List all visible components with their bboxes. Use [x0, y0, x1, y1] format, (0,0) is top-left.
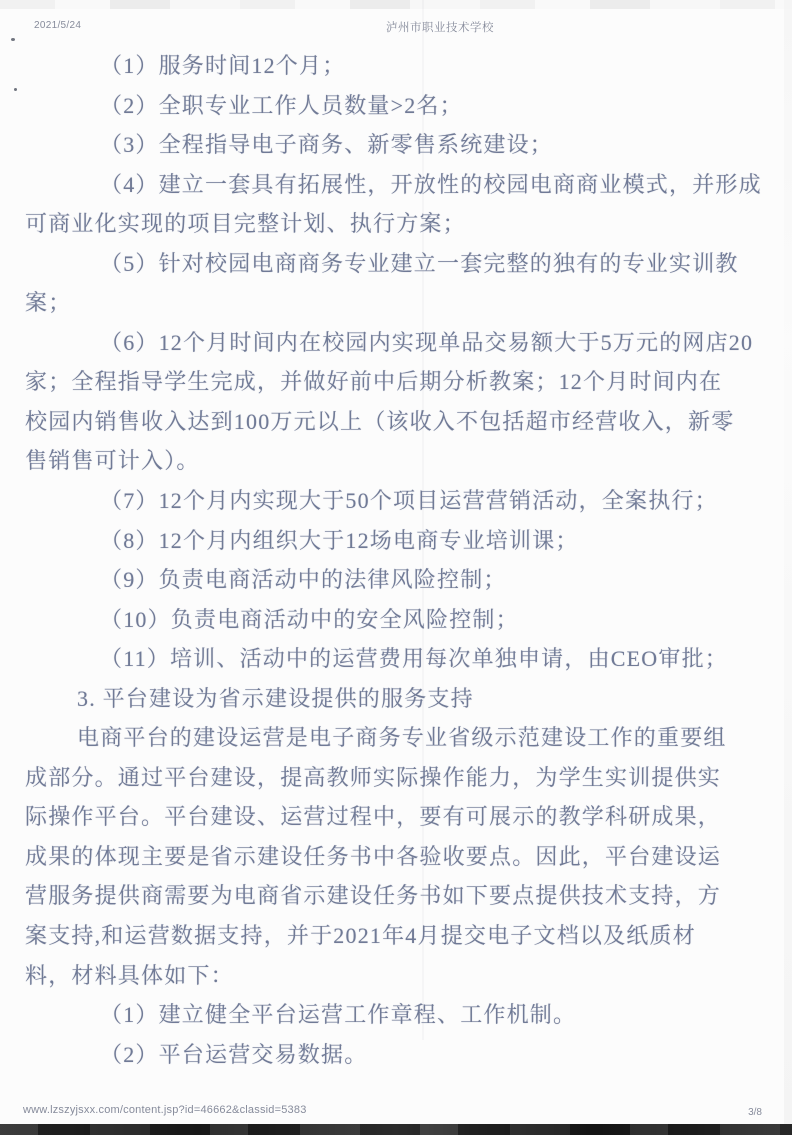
text-line: （4）建立一套具有拓展性，开放性的校园电商商业模式，并形成 — [100, 165, 755, 205]
text-line: （2）平台运营交易数据。 — [100, 1035, 755, 1075]
text-line: （5）针对校园电商商务专业建立一套完整的独有的专业实训教 — [100, 244, 755, 284]
scan-edge-top — [0, 0, 792, 9]
ink-speck — [14, 88, 17, 91]
header-school-name: 泸州市职业技术学校 — [386, 19, 494, 35]
scanned-document-page: 2021/5/24 泸州市职业技术学校 （1）服务时间12个月；（2）全职专业工… — [0, 0, 792, 1135]
text-line: 成果的体现主要是省示建设任务书中各验收要点。因此，平台建设运 — [25, 837, 755, 877]
text-line: 家；全程指导学生完成，并做好前中后期分析教案；12个月时间内在 — [25, 362, 755, 402]
text-line: 料，材料具体如下： — [25, 956, 755, 996]
scan-edge-bottom-bar — [0, 1124, 792, 1135]
text-line: （2）全职专业工作人员数量>2名； — [100, 86, 755, 126]
document-body-text: （1）服务时间12个月；（2）全职专业工作人员数量>2名；（3）全程指导电子商务… — [25, 46, 755, 1074]
text-line: 成部分。通过平台建设，提高教师实际操作能力，为学生实训提供实 — [25, 758, 755, 798]
text-line: 可商业化实现的项目完整计划、执行方案； — [25, 204, 755, 244]
text-line: 际操作平台。平台建设、运营过程中，要有可展示的教学科研成果， — [25, 797, 755, 837]
text-line: 电商平台的建设运营是电子商务专业省级示范建设工作的重要组 — [77, 718, 755, 758]
footer-page-number: 3/8 — [748, 1107, 762, 1118]
ink-speck — [11, 38, 15, 41]
header-date: 2021/5/24 — [34, 20, 81, 31]
text-line: （1）服务时间12个月； — [100, 46, 755, 86]
text-line: 案； — [25, 283, 755, 323]
text-line: （1）建立健全平台运营工作章程、工作机制。 — [100, 995, 755, 1035]
text-line: （11）培训、活动中的运营费用每次单独申请，由CEO审批； — [100, 639, 755, 679]
text-line: （6）12个月时间内在校园内实现单品交易额大于5万元的网店20 — [100, 323, 755, 363]
scan-edge-right — [784, 0, 792, 1135]
text-line: 营服务提供商需要为电商省示建设任务书如下要点提供技术支持，方 — [25, 876, 755, 916]
text-line: 校园内销售收入达到100万元以上（该收入不包括超市经营收入，新零 — [25, 402, 755, 442]
text-line: 案支持,和运营数据支持，并于2021年4月提交电子文档以及纸质材 — [25, 916, 755, 956]
text-line: 售销售可计入）。 — [25, 441, 755, 481]
text-line: （7）12个月内实现大于50个项目运营营销活动，全案执行； — [100, 481, 755, 521]
footer-url: www.lzszyjsxx.com/content.jsp?id=46662&c… — [23, 1104, 307, 1116]
text-line: （3）全程指导电子商务、新零售系统建设； — [100, 125, 755, 165]
text-line: （10）负责电商活动中的安全风险控制； — [100, 600, 755, 640]
text-line: （9）负责电商活动中的法律风险控制； — [100, 560, 755, 600]
text-line: （8）12个月内组织大于12场电商专业培训课； — [100, 521, 755, 561]
text-line: 3. 平台建设为省示建设提供的服务支持 — [77, 679, 755, 719]
